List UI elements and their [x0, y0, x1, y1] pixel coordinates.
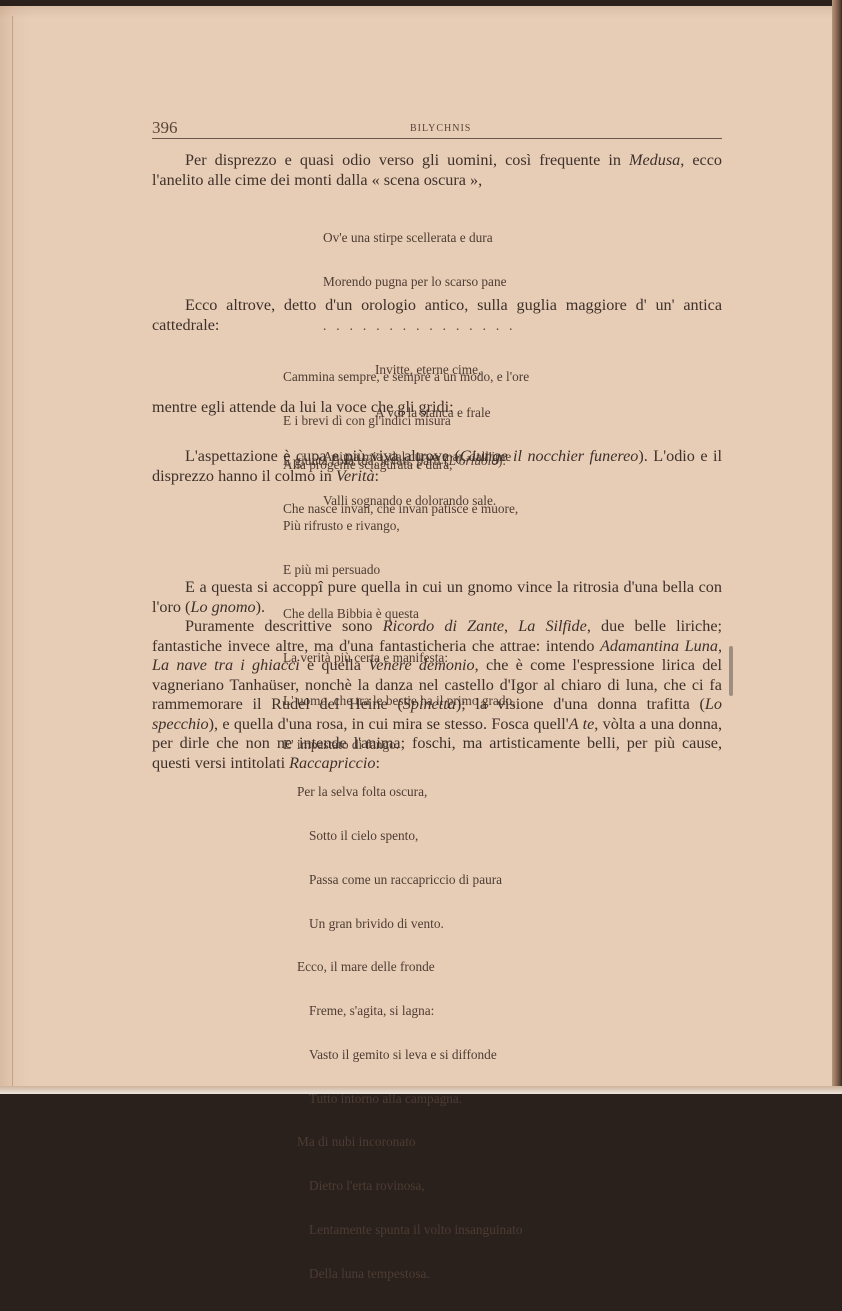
page-number: 396 [152, 118, 178, 138]
header-rule [152, 138, 722, 139]
running-title: BILYCHNIS [410, 123, 471, 134]
paragraph-descrittive: Puramente descrittive sono Ricordo di Za… [152, 617, 722, 773]
page-edge-bottom [0, 1086, 842, 1094]
page-header: 396 BILYCHNIS [152, 118, 722, 142]
paragraph-orologio: Ecco altrove, detto d'un orologio antico… [152, 296, 722, 335]
paragraph-medusa: Per disprezzo e quasi odio verso gli uom… [152, 151, 722, 190]
page-edge-right [832, 0, 842, 1094]
binding-crease [12, 16, 13, 1086]
paragraph-gnomo: E a questa si accoppî pure quella in cui… [152, 578, 722, 617]
book-page: 396 BILYCHNIS Per disprezzo e quasi odio… [0, 6, 834, 1088]
verse-raccapriccio: Per la selva folta oscura, Sotto il ciel… [297, 756, 522, 1094]
pencil-margin-mark [729, 646, 733, 696]
paragraph-voce: mentre egli attende da lui la voce che g… [152, 398, 722, 418]
paragraph-aspettazione: L'aspettazione è cupa e più viva altrove… [152, 447, 722, 486]
